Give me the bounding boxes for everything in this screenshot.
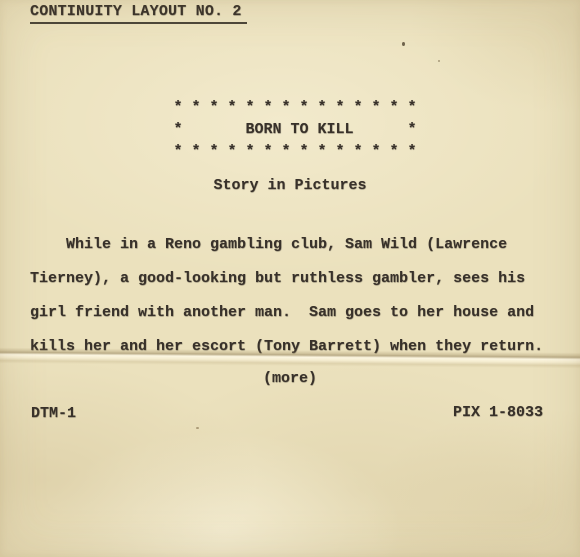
continuation-note: (more) [0,370,580,387]
footer-code-left: DTM-1 [31,405,76,422]
scanned-document-page: CONTINUITY LAYOUT NO. 2 * * * * * * * * … [0,0,580,557]
footer-code-right: PIX 1-8033 [453,404,543,421]
synopsis-line: kills her and her escort (Tony Barrett) … [30,330,543,364]
paper-speck [196,427,199,429]
banner-film-title: * BORN TO KILL * [5,119,580,141]
banner-border-bottom: * * * * * * * * * * * * * * [5,141,580,163]
document-title: CONTINUITY LAYOUT NO. 2 [30,3,247,24]
title-banner: * * * * * * * * * * * * * * * BORN TO KI… [5,97,580,163]
synopsis-paragraph: While in a Reno gambling club, Sam Wild … [30,228,543,364]
paper-speck [402,42,405,46]
synopsis-line: Tierney), a good-looking but ruthless ga… [30,262,543,296]
synopsis-line: girl friend with another man. Sam goes t… [30,296,543,330]
paper-speck [438,60,440,62]
synopsis-line: While in a Reno gambling club, Sam Wild … [30,228,543,262]
banner-border-top: * * * * * * * * * * * * * * [5,97,580,119]
document-subtitle: Story in Pictures [0,177,580,194]
